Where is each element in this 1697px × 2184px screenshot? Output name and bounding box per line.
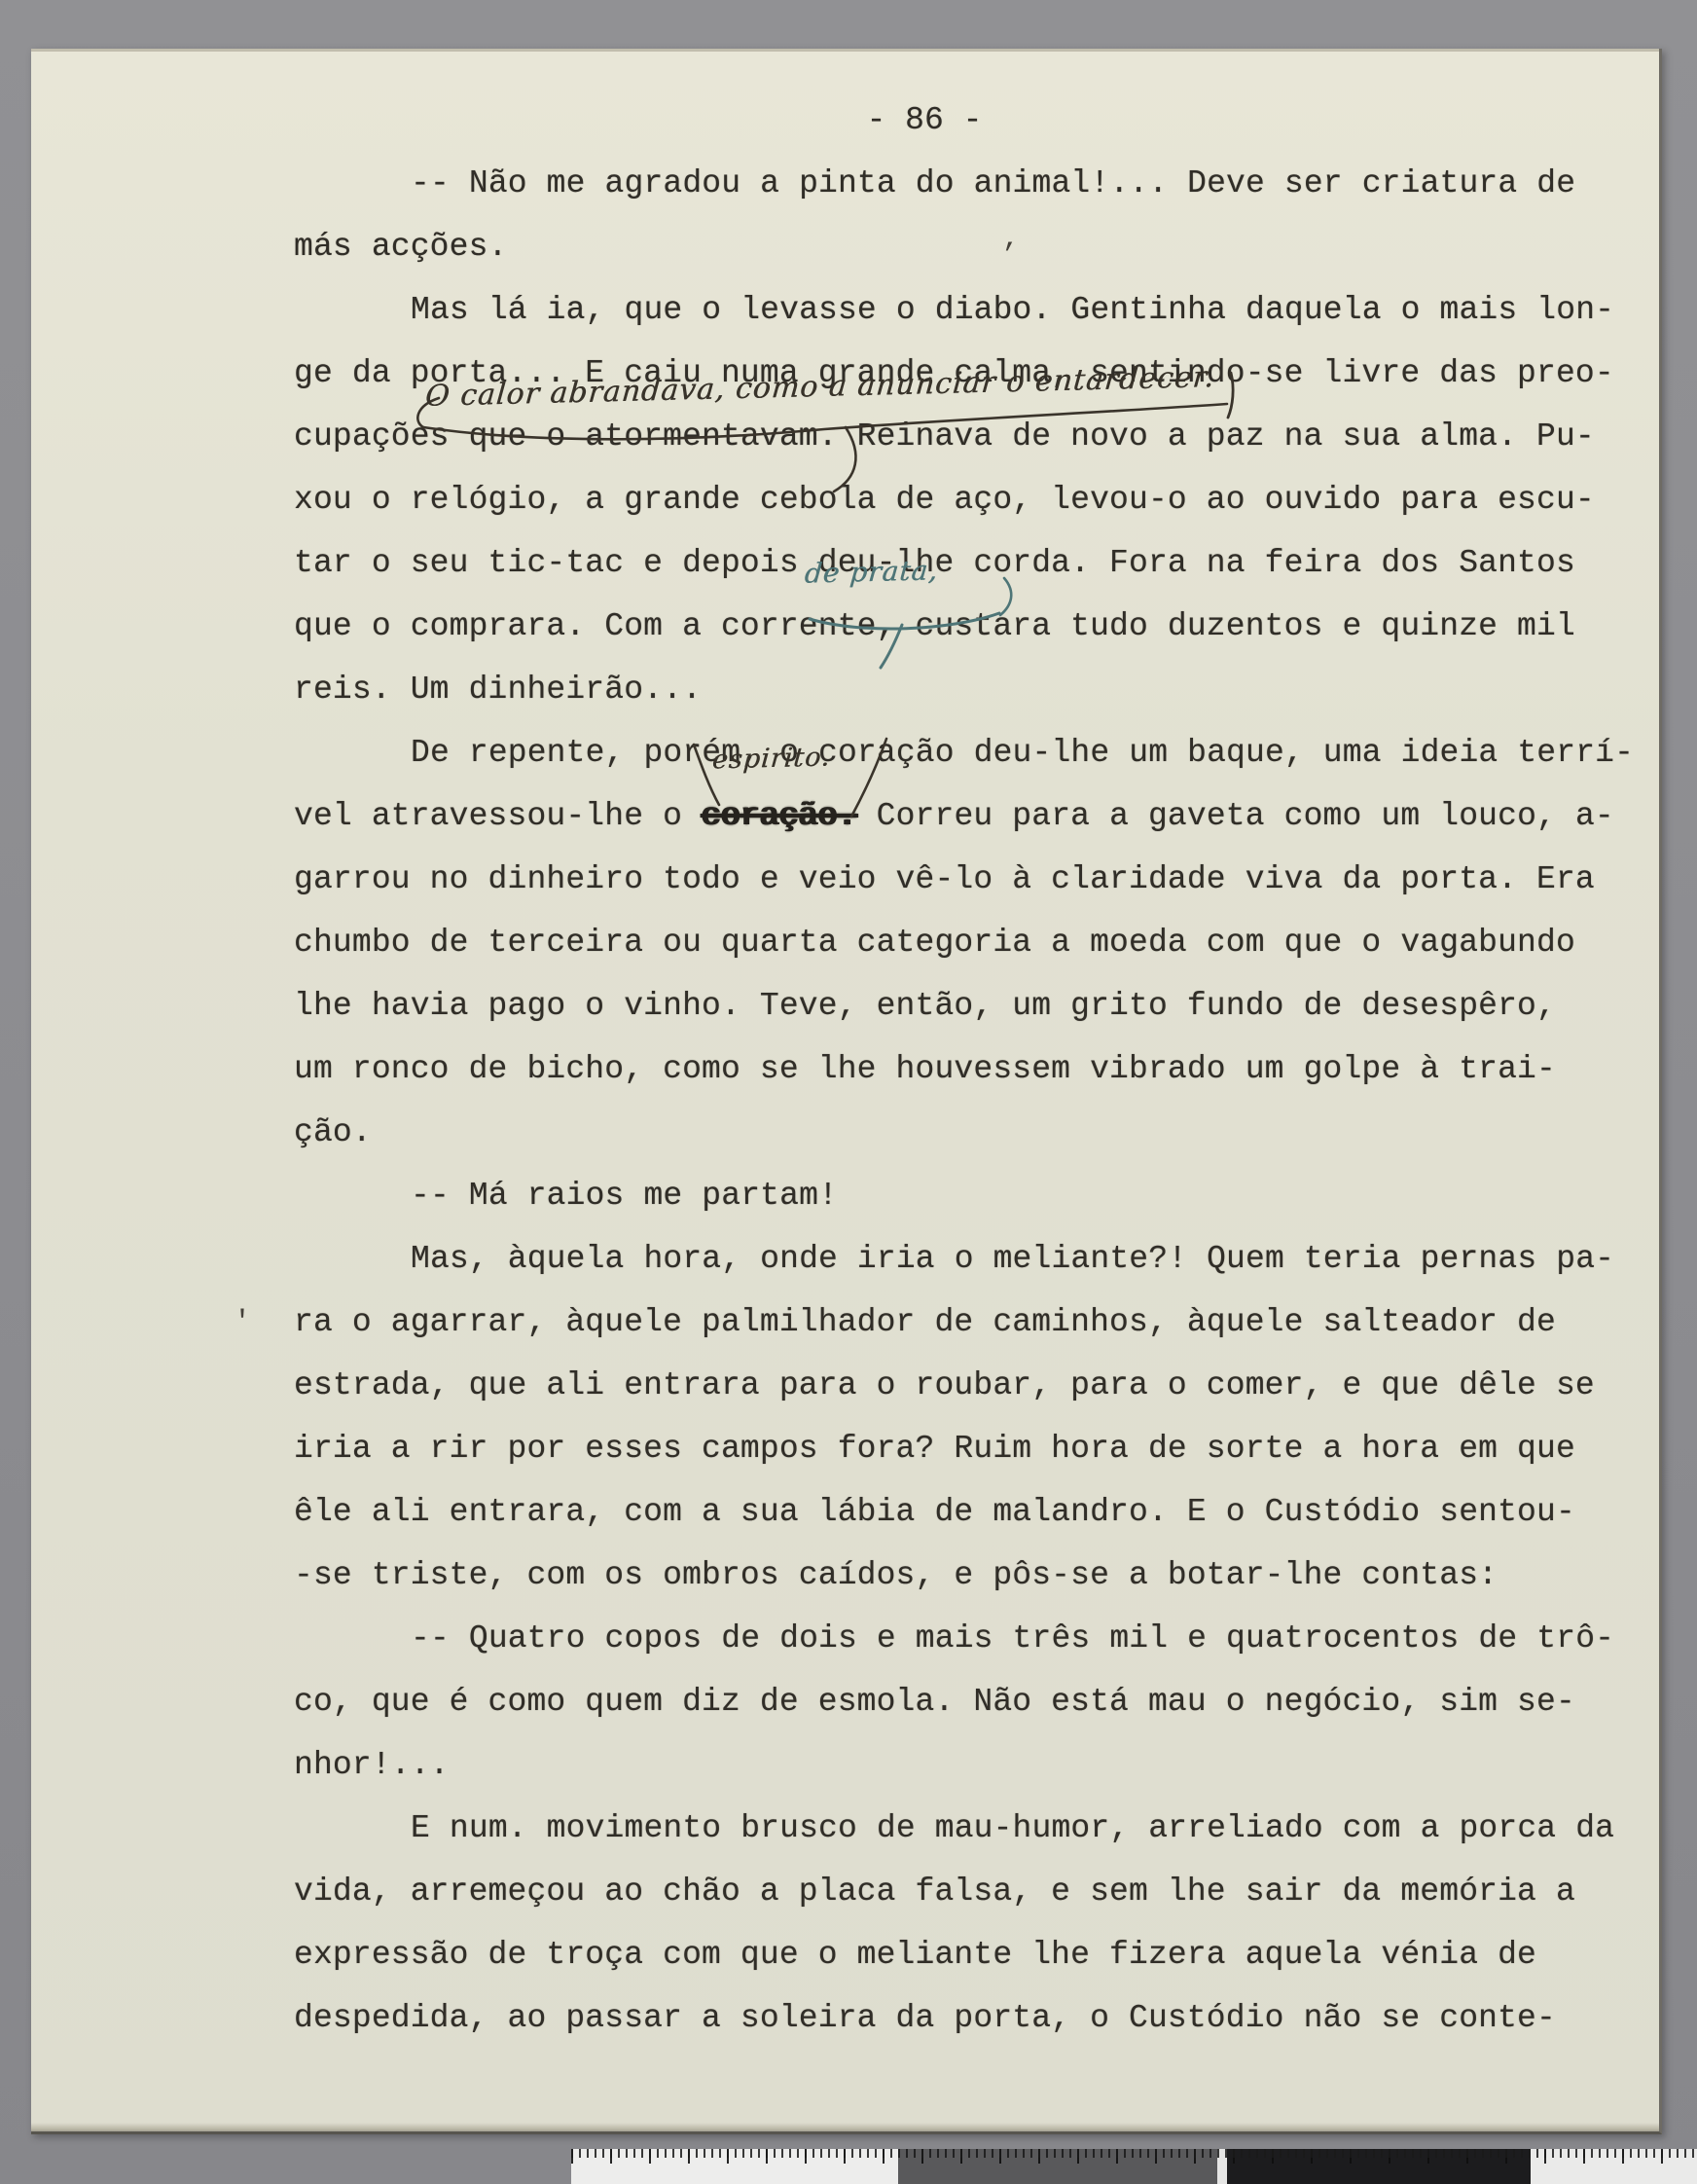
typed-line: estrada, que ali entrara para o roubar, … <box>294 1367 1595 1403</box>
stray-mark: ' <box>234 1306 251 1339</box>
typed-line: E num. movimento brusco de mau-humor, ar… <box>411 1810 1614 1846</box>
typed-line: um ronco de bicho, como se lhe houvessem… <box>294 1051 1556 1087</box>
typed-line: más acções. <box>294 229 508 265</box>
typed-line: reis. Um dinheirão... <box>294 672 702 708</box>
typed-line: vida, arremeçou ao chão a placa falsa, e… <box>294 1874 1575 1910</box>
ruler-ticks <box>571 2149 1697 2165</box>
typed-line: -se triste, com os ombros caídos, e pôs-… <box>294 1557 1498 1593</box>
line-segment: Correu para a gaveta como um louco, a- <box>857 798 1614 834</box>
typed-line: co, que é como quem diz de esmola. Não e… <box>294 1684 1575 1720</box>
typed-line: êle ali entrara, com a sua lábia de mala… <box>294 1494 1575 1530</box>
typed-line: ção. <box>294 1114 372 1150</box>
handwritten-note-silver: de prata, <box>804 554 940 589</box>
typed-line: iria a rir por esses campos fora? Ruim h… <box>294 1431 1575 1467</box>
stray-mark: ’ <box>1000 239 1018 273</box>
scanned-manuscript-page: - 86 - -- Não me agradou a pinta do anim… <box>0 0 1697 2184</box>
typed-line: garrou no dinheiro todo e veio vê-lo à c… <box>294 861 1595 897</box>
typed-line: -- Não me agradou a pinta do animal!... … <box>411 165 1575 201</box>
paper-sheet: - 86 - -- Não me agradou a pinta do anim… <box>31 49 1662 2134</box>
typed-line: cupações que o atormentavam. Reinava de … <box>294 419 1595 455</box>
color-scale-bar <box>571 2149 1697 2184</box>
typed-line: chumbo de terceira ou quarta categoria a… <box>294 925 1575 961</box>
typed-line: nhor!... <box>294 1747 450 1783</box>
typed-line: que o comprara. Com a corrente, custara … <box>294 608 1575 644</box>
typed-line: De repente, porém, o coração deu-lhe um … <box>411 735 1634 771</box>
line-segment: vel atravessou-lhe o <box>294 798 702 834</box>
typed-line: xou o relógio, a grande cebola de aço, l… <box>294 482 1595 518</box>
typed-line: Mas lá ia, que o levasse o diabo. Gentin… <box>411 292 1614 328</box>
typed-line: -- Quatro copos de dois e mais três mil … <box>411 1620 1614 1656</box>
handwritten-note-spirit: espirito. <box>711 742 832 775</box>
typed-line: despedida, ao passar a soleira da porta,… <box>294 2000 1556 2036</box>
typed-line: -- Má raios me partam! <box>411 1178 838 1214</box>
typed-line-with-strikeout: vel atravessou-lhe o coração. Correu par… <box>294 798 1614 834</box>
typed-line: ra o agarrar, àquele palmilhador de cami… <box>294 1304 1556 1340</box>
struck-word: coração. <box>702 798 857 834</box>
typed-line: Mas, àquela hora, onde iria o meliante?!… <box>411 1241 1614 1277</box>
typed-line: lhe havia pago o vinho. Teve, então, um … <box>294 988 1556 1024</box>
page-number: - 86 - <box>778 102 1070 138</box>
typed-line: expressão de troça com que o meliante lh… <box>294 1937 1536 1973</box>
